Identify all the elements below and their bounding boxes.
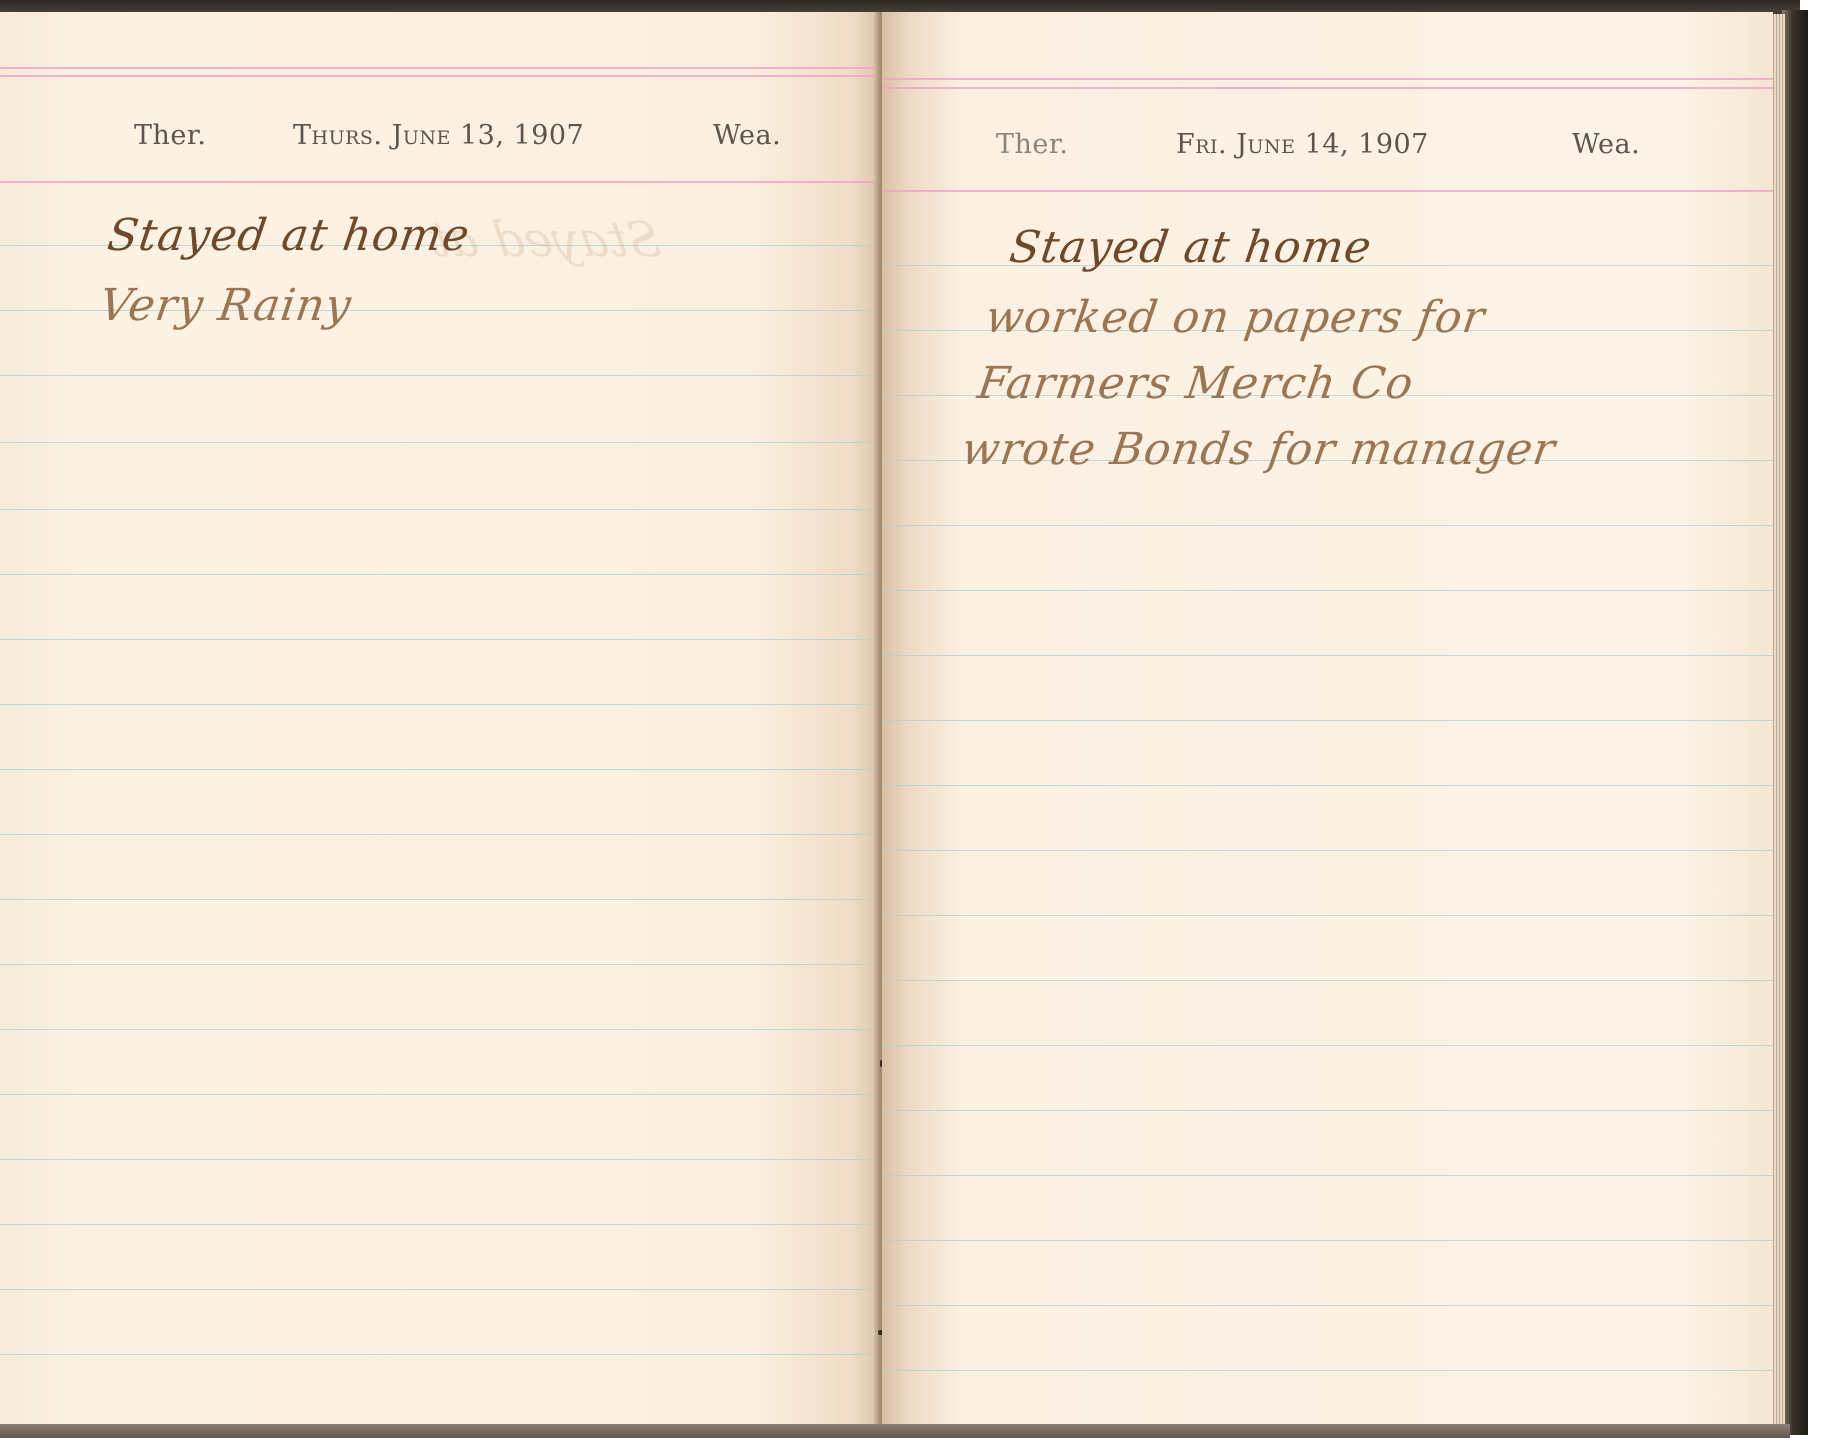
blue-rule [0,964,880,965]
right-page: Ther. Fri. June 14, 1907 Wea. Stayed at … [882,12,1773,1424]
blue-rule [882,1045,1773,1046]
blue-rule [0,1094,880,1095]
ther-label: Ther. [996,129,1068,160]
date-heading: Fri. June 14, 1907 [1176,129,1429,160]
pink-rule-top-2 [882,87,1773,89]
left-page: Ther. Thurs. June 13, 1907 Wea. Stayed a… [0,12,880,1424]
handwritten-entry-line: Stayed at home [104,210,473,261]
blue-rule [882,655,1773,656]
blue-rule [0,442,880,443]
blue-rule [0,509,880,510]
handwritten-entry-line: worked on papers for [982,292,1488,343]
blue-rule [882,1110,1773,1111]
blue-rule [0,574,880,575]
blue-rule [882,1370,1773,1371]
pink-rule-top-1 [882,78,1773,80]
blue-rule [0,375,880,376]
date-heading: Thurs. June 13, 1907 [293,120,584,151]
blue-rule [0,1029,880,1030]
wea-label: Wea. [1572,129,1640,160]
pink-rule-header-bottom [882,190,1773,192]
blue-rule [882,1240,1773,1241]
blue-rule [882,850,1773,851]
book-cover-right-edge [1782,10,1808,1435]
blue-rule [0,769,880,770]
blue-rule [0,1354,880,1355]
blue-rule [0,704,880,705]
blue-rule [882,720,1773,721]
blue-rule [882,1305,1773,1306]
handwritten-entry-line: wrote Bonds for manager [958,424,1559,475]
page-block-edge [1771,14,1785,1424]
blue-rule [0,1224,880,1225]
blue-rule [882,1175,1773,1176]
blue-rule [882,980,1773,981]
pink-rule-top-1 [0,67,880,69]
blue-rule [0,639,880,640]
blue-rule [0,899,880,900]
pink-rule-header-bottom [0,181,880,183]
handwritten-entry-line: Very Rainy [96,280,354,331]
wea-label: Wea. [713,120,781,151]
pink-rule-top-2 [0,75,880,77]
blue-rule [0,1159,880,1160]
blue-rule [0,834,880,835]
handwritten-entry-line: Farmers Merch Co [974,358,1417,409]
blue-rule [882,785,1773,786]
blue-rule [882,525,1773,526]
left-page-header: Ther. Thurs. June 13, 1907 Wea. [0,120,880,160]
blue-rule [882,590,1773,591]
blue-rule [882,915,1773,916]
handwritten-entry-line: Stayed at home [1006,222,1375,273]
blue-rule [0,1289,880,1290]
ther-label: Ther. [134,120,206,151]
right-page-header: Ther. Fri. June 14, 1907 Wea. [882,129,1773,169]
book-bottom-edge [0,1424,1790,1438]
